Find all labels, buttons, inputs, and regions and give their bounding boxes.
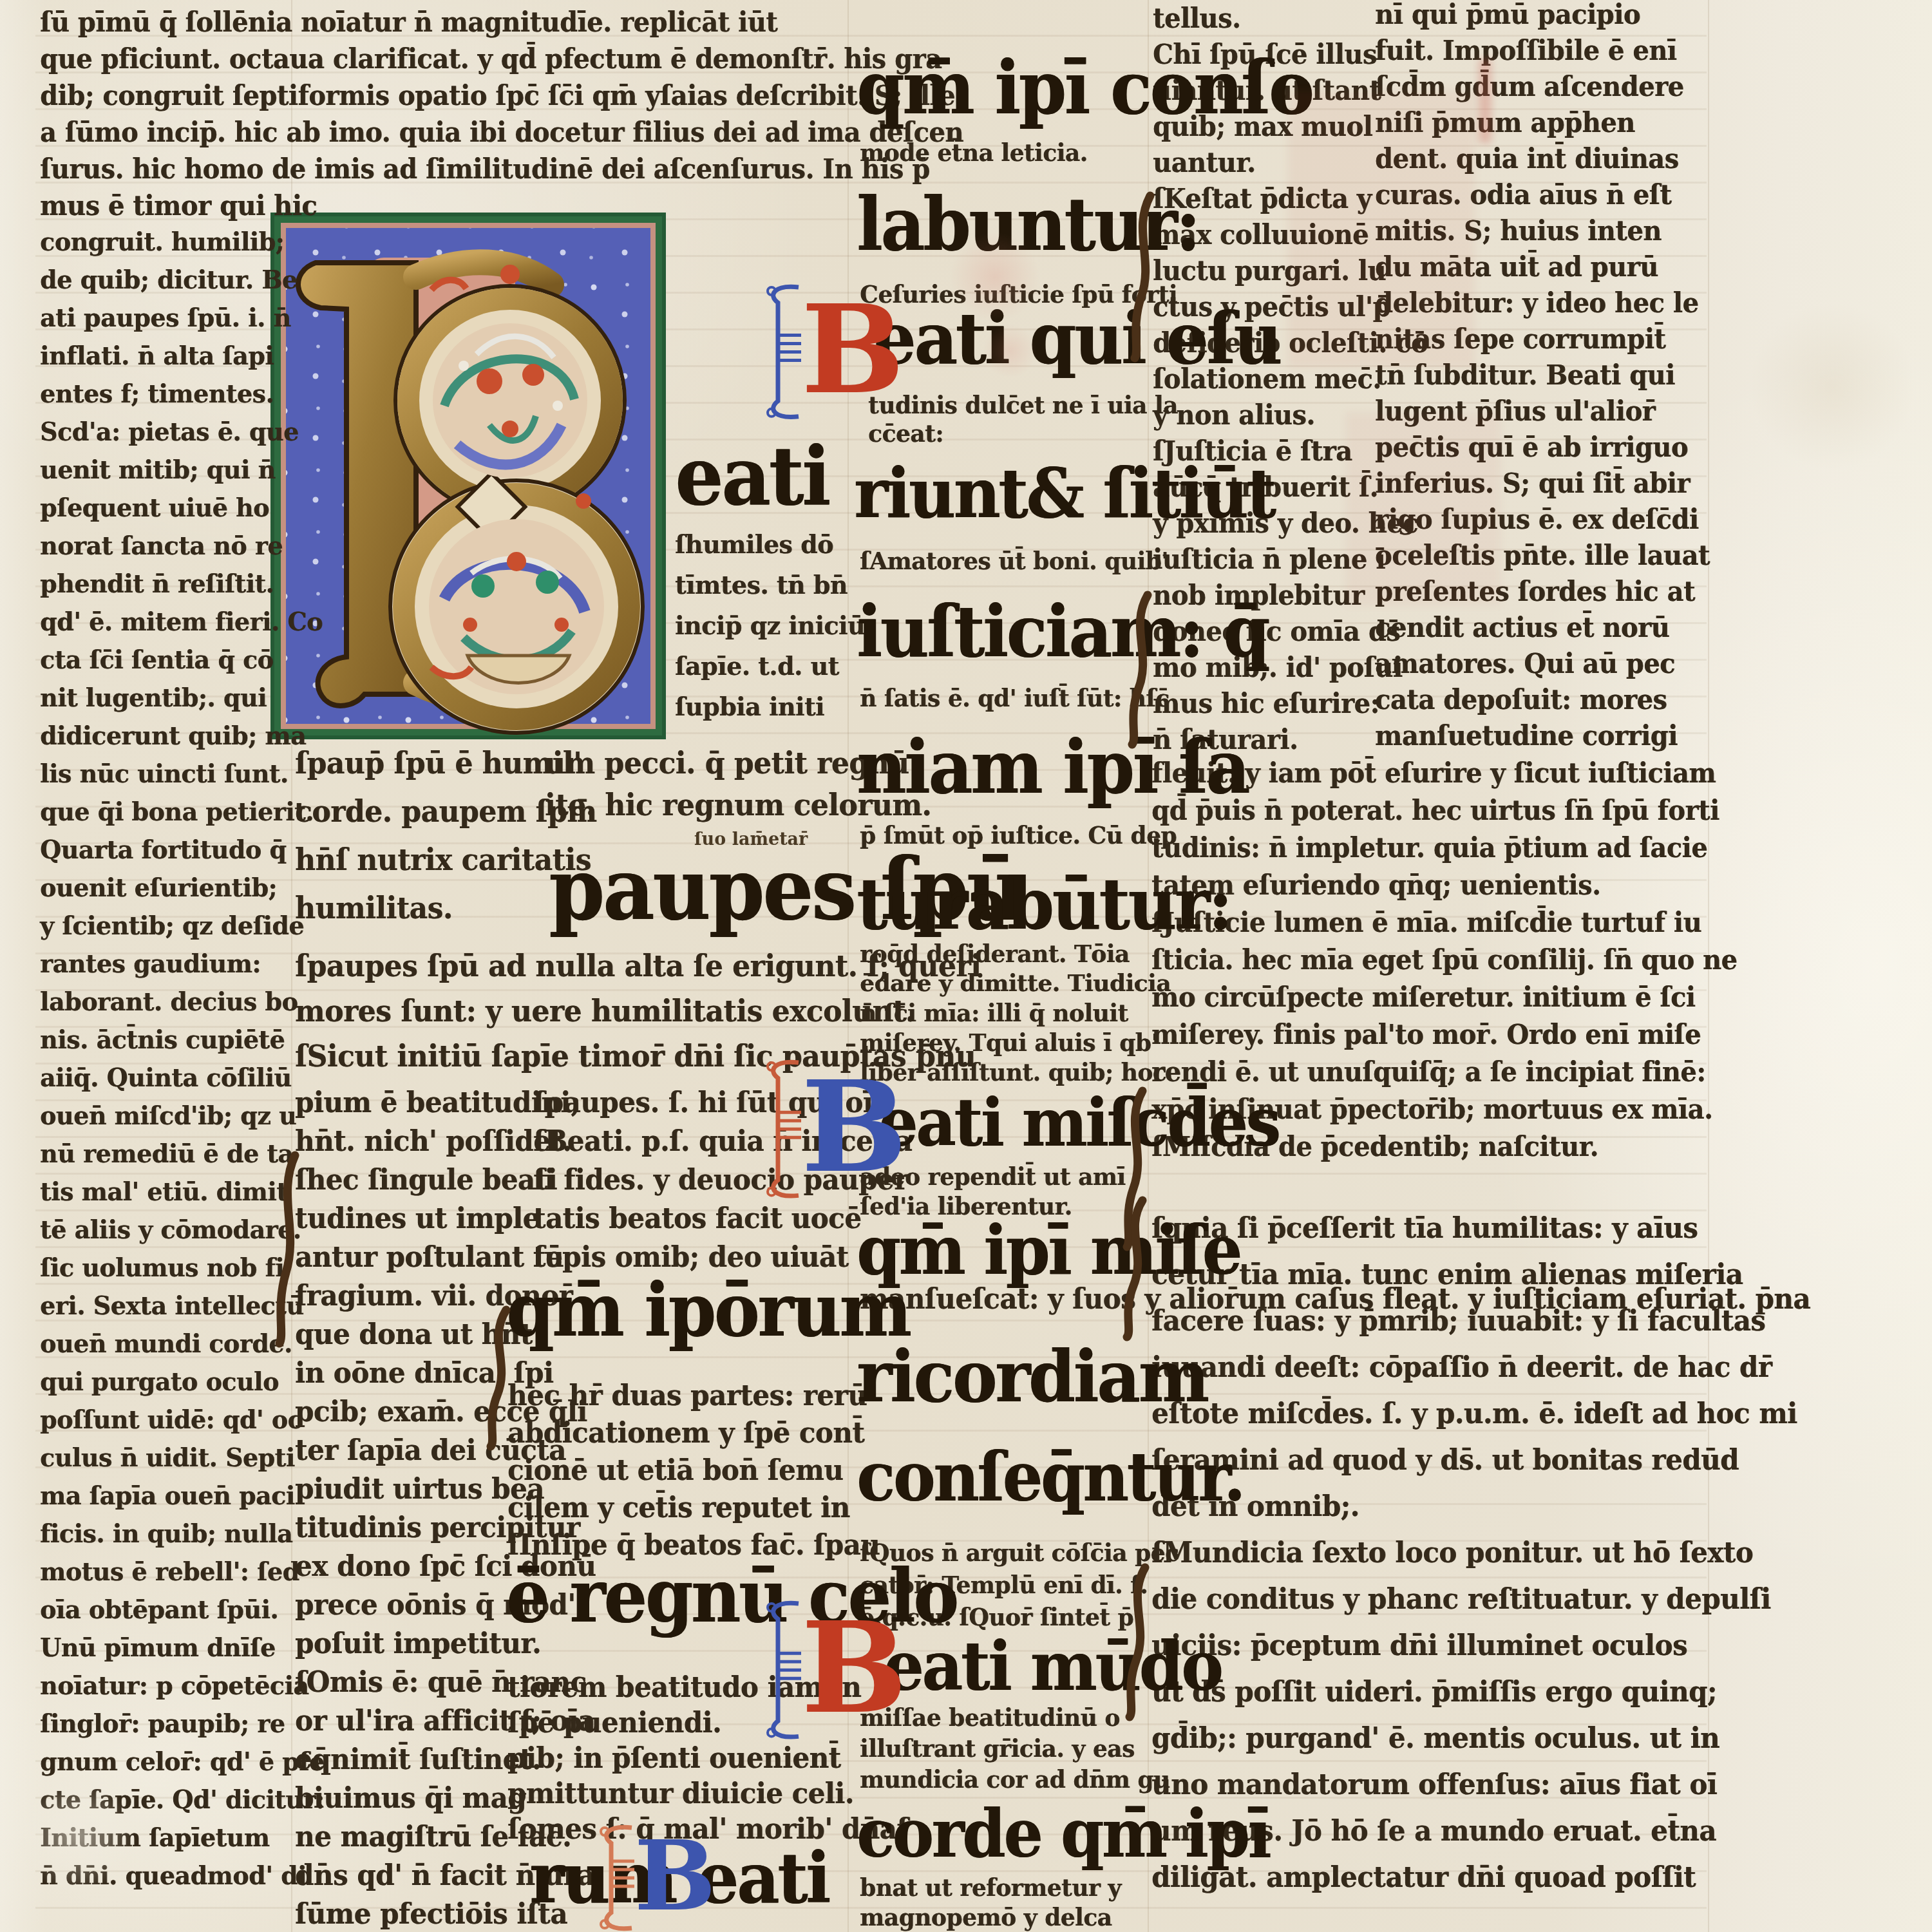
gloss-line: gnum celor̄: qd' ē pfe <box>40 1748 288 1774</box>
gloss-line: tis mal' etiū. dimit <box>40 1179 287 1204</box>
lemma-text: eati mūdo <box>884 1633 1221 1701</box>
gloss-line: corde. paupem ſpm̄ <box>295 797 540 827</box>
gloss-line: ſJuſticie lumen ē mīa. miſcd̄ie turtuf i… <box>1151 909 1699 936</box>
gloss-line: tē aliis y cōmodare. <box>40 1217 288 1242</box>
gloss-line: aiiq̄. Quinta cōſiliū <box>40 1065 288 1090</box>
gloss-line: ter ſapīa dei cūcta <box>295 1436 527 1464</box>
gloss-line: entes f; timentes. <box>40 381 274 406</box>
gloss-line: ſMundicia ſexto loco ponitur. ut hō ſext… <box>1151 1539 1699 1567</box>
gloss-line: pec̄tis quī ē ab irriguo <box>1375 434 1688 461</box>
lemma-text: turabūtur: <box>857 868 1231 940</box>
gloss-line: mitis. S; huius inten <box>1375 218 1662 245</box>
gloss-line: gd̄ib;: purgand' ē. mentis oculus. ut in <box>1151 1724 1699 1752</box>
gloss-line: titudinis percipitur <box>295 1513 527 1542</box>
gloss-line: cte ſapīe. Qd' dicitur: <box>40 1786 288 1812</box>
gloss-line: mo circūſpecte miſeretur. initium ē ſci <box>1151 984 1695 1011</box>
lemma-text: qm̄ ipī conſo <box>857 52 1312 124</box>
gloss-line: ſhec ſingule beati <box>295 1166 527 1194</box>
illuminated-initial-b <box>270 213 666 739</box>
gloss-line: ne magiſtrū ſe fac̄. <box>295 1823 527 1851</box>
lemma-text: eati <box>697 1843 829 1913</box>
gloss-line: tatis beatos facit uocē <box>533 1204 842 1233</box>
gloss-line: ſū pīmū q̄ ſollēnia noīatur n̄ magnitudī… <box>40 9 777 36</box>
gloss-line: nis. āct̄nis cupiētē <box>40 1027 285 1052</box>
gloss-line: ouen̄ mundi corde. <box>40 1331 288 1356</box>
gloss-line: de quib; dicitur. Be <box>40 267 288 292</box>
gloss-line: miſerey. Tqui aluis ī qb' <box>860 1030 1150 1055</box>
gloss-line: ouen̄ miſcd'ib; qz u <box>40 1103 288 1128</box>
gloss-line: eq̄nimit̄ ſuſtinet. <box>295 1745 527 1774</box>
gloss-line: poſuit impetitur. <box>295 1629 527 1658</box>
gloss-line: mus ē timor qui hic <box>40 193 317 220</box>
gloss-line: eri. Sexta intellectū <box>40 1293 288 1318</box>
gloss-line: facere ſuas: y p̄mrib; iuuabit: y ſi fac… <box>1151 1307 1699 1335</box>
gloss-line: ſSicut initiū ſapīe timor̄ dn̄i ſic paup… <box>295 1042 839 1072</box>
gloss-line: poſſunt uidē: qd' oc <box>40 1406 288 1432</box>
gloss-line: tudinis dulc̄et ne ī uia la <box>868 393 1151 417</box>
gloss-line: preſentes ſordes hic at <box>1375 578 1695 605</box>
gloss-line: abdicationem y ſpē cont̄ <box>507 1419 842 1447</box>
gloss-line: ſūme pfectiōis iſta <box>295 1900 527 1928</box>
gloss-line: pſequent uiuē ho <box>40 495 269 520</box>
gloss-line: nū remediū ē de ta <box>40 1141 288 1166</box>
gloss-line: nitas ſepe corrumpit̄ <box>1375 326 1665 353</box>
gloss-line: iuuandi deeſt: cōpaſſio n̄ deerit. de ha… <box>1151 1353 1699 1381</box>
gloss-line: ut ds̄ poſſit uideri. p̄miſſis ergo quin… <box>1151 1678 1699 1706</box>
gloss-line: mores ſunt: y uere humilitatis excolunt. <box>295 997 839 1027</box>
gloss-line: curas. odia aīus n̄ eſt <box>1375 182 1671 209</box>
lemma-text: qm̄ ipī miſe <box>857 1217 1240 1285</box>
filigree-initial: B <box>801 289 904 411</box>
gloss-line: rigo ſupius ē. ex deſc̄di <box>1375 506 1697 533</box>
gloss-line: manſuetudine corrigi <box>1375 723 1678 750</box>
gloss-line: humilitas. <box>295 894 453 923</box>
gloss-line: n̄ ſc̄i mīa: illi q̄ noluit <box>860 1001 1128 1025</box>
gloss-line: Unū pīmum dnīſe <box>40 1634 276 1660</box>
gloss-line: ſic uolumus nob fi <box>40 1255 284 1280</box>
gloss-line: tellus. <box>1153 5 1240 32</box>
gloss-line: fragium. vii. donor̄ <box>295 1282 527 1310</box>
gloss-line: ouenit eſurientib; <box>40 875 277 900</box>
gloss-line: lis nūc uincti ſunt. <box>40 761 288 786</box>
gloss-line: ſapīe. t.d. ut <box>675 653 839 679</box>
gloss-line: inflati. n̄ alta ſapi <box>40 343 274 368</box>
gloss-line: cilem y cet̄is reputet in <box>507 1493 842 1522</box>
gloss-line: uiciis: p̄ceptum dn̄i illuminet oculos <box>1151 1631 1687 1660</box>
gloss-line: magnopemō y delca <box>860 1905 1112 1929</box>
gloss-line: prece oōnis q̄ mod' <box>295 1591 527 1619</box>
gloss-line: nī qui p̄mū pacipio <box>1375 1 1640 28</box>
parchment-stain <box>1748 303 1916 470</box>
gloss-line: nit lugentib;. qui <box>40 685 267 710</box>
gloss-line: pcib; exam̄. ecce q̄li <box>295 1397 527 1426</box>
gloss-line: noīatur: p cōpetēcia <box>40 1672 288 1698</box>
gloss-line: incip̄ qz iniciū <box>675 612 839 638</box>
gloss-line: ſinglor̄: paupib; re <box>40 1710 285 1736</box>
gloss-line: tn̄ ſubditur. Beati qui <box>1375 362 1675 389</box>
gloss-line: culus n̄ uidit. Septi <box>40 1444 288 1470</box>
lemma-text: eati qui eſu <box>873 303 1280 374</box>
filigree-initial: B <box>801 1064 906 1189</box>
gloss-line: amatores. Qui aū pec <box>1375 650 1675 677</box>
gloss-line: ſcd̄m gd̄um aſcendere <box>1375 73 1684 100</box>
lemma-text: eati miſcd̄es <box>878 1090 1279 1156</box>
gloss-line: oceleſtis pn̄te. ille lauat <box>1375 542 1697 569</box>
gloss-line: hn̄ſ nutrix caritatis <box>295 846 540 875</box>
pen-flourish <box>761 283 806 421</box>
lemma-text: corde qm̄ ipī <box>857 1801 1269 1867</box>
gloss-line: congruit. humilib; <box>40 229 284 254</box>
gloss-line: pib; in p̄ſenti ouenient̄ <box>507 1744 841 1772</box>
gloss-line: ſpaupes ſpū ad nulla alta ſe erigunt. f;… <box>295 952 839 981</box>
gloss-line: miſerey. finis pal'to mor̄. Ordo enī miſ… <box>1151 1021 1699 1048</box>
gloss-line: Quarta fortitudo q̄ <box>40 837 286 862</box>
lemma-text: labuntur: <box>857 188 1198 261</box>
manuscript-page: ſū pīmū q̄ ſollēnia noīatur n̄ magnitudī… <box>0 0 1932 1932</box>
gloss-line: inferius. S; qui ſit̄ abir <box>1375 470 1690 497</box>
gloss-line: mundicia cor ad dn̄m gu <box>860 1767 1150 1792</box>
gloss-line: qd' ē. mitem fieri. Co <box>40 609 288 634</box>
gloss-line: que q̄i bona petierit. <box>40 799 288 824</box>
gloss-line: que dona ut hn̄t <box>295 1320 527 1349</box>
lemma-text: conſeq̄ntur. <box>857 1444 1244 1511</box>
gloss-line: ēdare y dimitte. Tiudicia <box>860 971 1150 996</box>
gloss-line: pmittuntur diuicie celi. <box>507 1779 842 1808</box>
lemma-text: niam ipī ſa <box>857 731 1248 804</box>
gloss-line: or ul'ira afficit f; oīa <box>295 1707 527 1735</box>
gloss-line: n̄ dn̄i. queadmod' di <box>40 1862 288 1888</box>
gloss-line: tudines ut imple <box>295 1204 527 1233</box>
gloss-line: lugent p̄ſius ul'alior̄ <box>1375 398 1655 425</box>
gloss-line: ſpaup̄ ſpū ē humil' <box>295 749 540 779</box>
gloss-line: Initium ſapīetum <box>40 1824 269 1850</box>
lemma-text: qm̄ ipōrum <box>506 1274 909 1347</box>
gloss-line: delebitur: y ideo hec le <box>1375 290 1697 317</box>
interlinear-gloss: ſuo lam̄etar̄ <box>694 831 808 848</box>
gloss-line: cendit actius et̄ norū <box>1375 614 1669 641</box>
gloss-line: norat ſancta nō re <box>40 533 283 558</box>
gloss-line: pium ē beatitudini; <box>295 1088 527 1117</box>
filigree-initial: B <box>801 1605 906 1730</box>
gloss-line: dent. quia int̄ diuinas <box>1375 146 1679 173</box>
gloss-line: in oōne dnīca. ſpi <box>295 1359 527 1387</box>
gloss-line: tīmtes. tn̄ bn̄ <box>675 572 839 598</box>
gloss-line: hec hr̄ duas partes: rerū <box>507 1381 842 1410</box>
gloss-line: ex dono ſpc̄ ſci donū <box>295 1552 527 1580</box>
pen-flourish <box>594 1824 639 1932</box>
gloss-line: antur poſtulant ſu <box>295 1243 527 1271</box>
gloss-line: ficis. in quib; nulla <box>40 1520 288 1546</box>
gloss-line: cata depoſuit: mores <box>1375 687 1667 714</box>
gloss-line: rendi ē. ut unuſquiſq̄; a ſe incipiat fi… <box>1151 1059 1699 1086</box>
gloss-line: um pecci. q̄ petit regnū <box>545 749 841 779</box>
filigree-initial: B <box>634 1828 715 1924</box>
gloss-line: dib; congruit ſeptiformis opatio ſpc̄ ſc… <box>40 82 800 109</box>
gloss-line: ſOmis ē: quē n̄ ranc <box>295 1668 527 1696</box>
gloss-line: bnat ut reformetur y <box>860 1875 1121 1900</box>
gloss-line: tudinis: n̄ impletur. quia p̄tium ad ſac… <box>1151 835 1699 862</box>
gloss-line: die conditus y phanc reſtituatur. y depu… <box>1151 1585 1699 1613</box>
gloss-line: du māta uit̄ ad purū <box>1375 254 1658 281</box>
gloss-line: mode et̄na leticia. <box>860 140 1088 165</box>
gloss-line: fuit. Impoſſibile ē enī <box>1375 37 1676 64</box>
pen-flourish <box>761 1059 806 1199</box>
gloss-line: laborant. decius bo <box>40 989 288 1014</box>
gloss-line: n̄ ſatis ē. qd' iuſt̄ ſūt: hſc̄ <box>860 686 1150 710</box>
gloss-line: a ſūmo incip̄. hic ab imo. quia ibi doce… <box>40 119 800 146</box>
lemma-text: riunt& ſitiūt <box>854 459 1274 527</box>
gloss-line: biuimus q̄i mag <box>295 1784 526 1812</box>
gloss-line: ſhumiles dō <box>675 531 833 557</box>
gloss-line: ma ſapīa ouen̄ paci <box>40 1482 288 1508</box>
gloss-line: cta ſc̄i ſentia q̄ cō <box>40 647 273 672</box>
gloss-line: qui purgato oculo <box>40 1368 279 1394</box>
gloss-line: phendit n̄ reſiſtit. <box>40 571 274 596</box>
gloss-line: uantur. <box>1153 149 1255 176</box>
gloss-line: ſAmatores ūt̄ boni. quib' <box>860 549 1150 573</box>
gloss-line: ſupbia initi <box>675 694 824 719</box>
gloss-line: piudit uirtus bea <box>295 1475 527 1503</box>
lemma-text: iuſticiam: q̄ <box>857 596 1268 667</box>
gloss-line: dn̄s qd' n̄ facit n̄ ura <box>295 1861 527 1889</box>
gloss-line: cc̄eat: <box>868 421 943 446</box>
gloss-line: ſurus. hic homo de imis ad ſimilitudinē … <box>40 156 800 183</box>
gloss-line: Scd'a: pietas ē. que <box>40 419 288 444</box>
gloss-line: hn̄t. nich' poſſidet. <box>295 1127 527 1155</box>
gloss-line: iuſticia n̄ plene ī <box>1153 546 1372 573</box>
gloss-line: eſtote miſcd̄es. ſ. y p.u.m. ē. ideſt ad… <box>1151 1399 1699 1428</box>
gloss-line: uenit mitib; qui n̄ <box>40 457 276 482</box>
gloss-line: motus ē rebell': ſed <box>40 1558 288 1584</box>
gloss-line: niſi p̄mum app̄hen <box>1375 109 1635 137</box>
gloss-line: didicerunt quib; ma <box>40 723 288 748</box>
gloss-line: ſpē pueniendi. <box>507 1709 721 1737</box>
gloss-line: oīa obtēpant ſpūi. <box>40 1596 278 1622</box>
gloss-line: cionē ut etiā bon̄ ſemu <box>507 1456 842 1484</box>
gloss-line: ſticia. hec mīa eget ſpū conſilij. ſn̄ q… <box>1151 947 1699 974</box>
lemma-text: eati <box>675 435 829 516</box>
gloss-line: ati paupes ſpū. i. n̄ <box>40 305 288 330</box>
pen-flourish <box>761 1600 806 1740</box>
gloss-line: y non alius. <box>1153 402 1315 429</box>
lemma-text: ricordiam <box>857 1341 1207 1412</box>
gloss-line: mus hic eſurire: <box>1153 690 1372 717</box>
gloss-line: que pficiunt. octaua clarificat. y qd̄ p… <box>40 46 800 73</box>
gloss-line: y ſcientib; qz deſide <box>40 913 288 938</box>
gloss-line: rantes gaudium: <box>40 951 261 976</box>
